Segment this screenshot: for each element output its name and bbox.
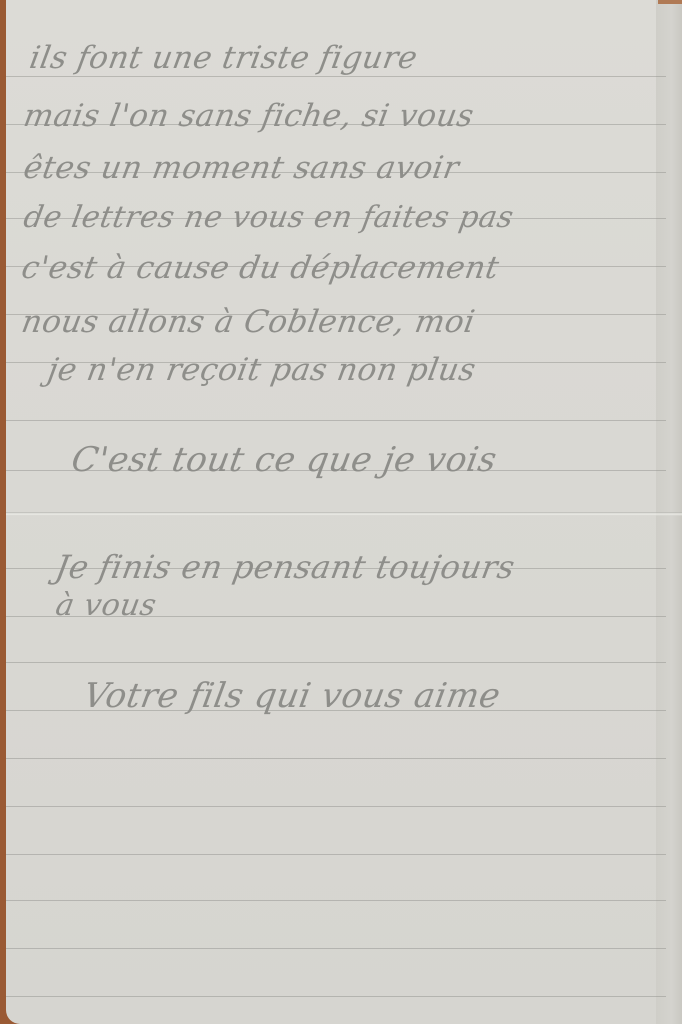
ruled-line [6,76,666,77]
ruled-line [6,662,666,663]
fold-crease [6,512,682,516]
letter-line: êtes un moment sans avoir [21,150,462,186]
ruled-line [6,758,666,759]
ruled-line [6,420,666,421]
letter-line: Je finis en pensant toujours [53,548,518,586]
letter-line: à vous [53,588,159,623]
letter-line: mais l'on sans fiche, si vous [21,98,477,134]
ruled-line [6,854,666,855]
letter-signoff: Votre fils qui vous aime [80,676,503,716]
letter-line: ils font une triste figure [27,40,421,76]
letter-line: nous allons à Coblence, moi [19,304,478,340]
ruled-line [6,996,666,997]
ruled-line [6,948,666,949]
ruled-line [6,900,666,901]
ruled-line [6,806,666,807]
letter-line: C'est tout ce que je vois [68,440,499,480]
letter-line: je n'en reçoit pas non plus [45,352,479,388]
letter-line: c'est à cause du déplacement [19,250,502,286]
table-corner [658,0,682,4]
letter-line: de lettres ne vous en faites pas [21,200,516,235]
